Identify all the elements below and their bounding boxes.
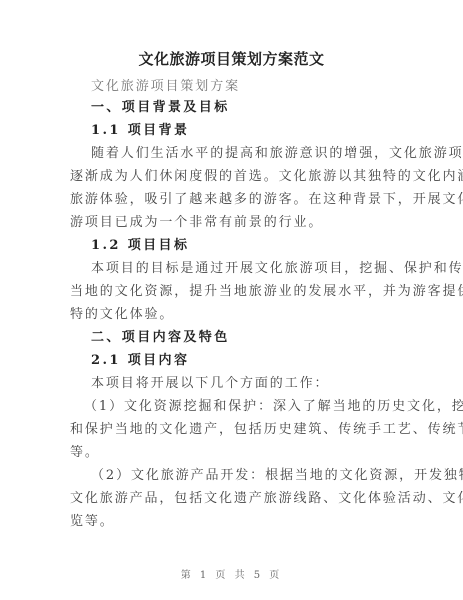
section-2-heading: 二、项目内容及特色	[91, 328, 411, 348]
list-item-line: 和保护当地的文化遗产，包括历史建筑、传统手工艺、传统节日	[70, 420, 390, 440]
paragraph-line: 本项目将开展以下几个方面的工作：	[91, 374, 411, 394]
list-item-line: 文化旅游产品，包括文化遗产旅游线路、文化体验活动、文化展	[70, 489, 390, 509]
paragraph-line: 本项目的目标是通过开展文化旅游项目，挖掘、保护和传承	[91, 259, 411, 279]
section-1-heading: 一、项目背景及目标	[91, 98, 411, 118]
section-1-2-heading: 1.2 项目目标	[91, 236, 411, 256]
page-number-footer: 第 1 页 共 5 页	[0, 566, 463, 581]
document-page: 文化旅游项目策划方案范文 文化旅游项目策划方案 一、项目背景及目标 1.1 项目…	[0, 0, 463, 600]
paragraph-line: 随着人们生活水平的提高和旅游意识的增强，文化旅游项目	[91, 144, 411, 164]
paragraph-line: 旅游体验，吸引了越来越多的游客。在这种背景下，开展文化旅	[70, 190, 390, 210]
document-title: 文化旅游项目策划方案范文	[0, 48, 463, 69]
paragraph-line: 游项目已成为一个非常有前景的行业。	[70, 213, 390, 233]
document-subtitle: 文化旅游项目策划方案	[91, 77, 411, 97]
paragraph-line: 特的文化体验。	[70, 305, 390, 325]
section-2-1-heading: 2.1 项目内容	[91, 351, 411, 371]
list-item-line: （1）文化资源挖掘和保护：深入了解当地的历史文化，挖掘	[84, 397, 404, 417]
paragraph-line: 当地的文化资源，提升当地旅游业的发展水平，并为游客提供独	[70, 282, 390, 302]
list-item-line: 览等。	[70, 512, 390, 532]
list-item-line: 等。	[70, 443, 390, 463]
list-item-line: （2）文化旅游产品开发：根据当地的文化资源，开发独特的	[91, 466, 411, 486]
section-1-1-heading: 1.1 项目背景	[91, 121, 411, 141]
paragraph-line: 逐渐成为人们休闲度假的首选。文化旅游以其独特的文化内涵和	[70, 167, 390, 187]
